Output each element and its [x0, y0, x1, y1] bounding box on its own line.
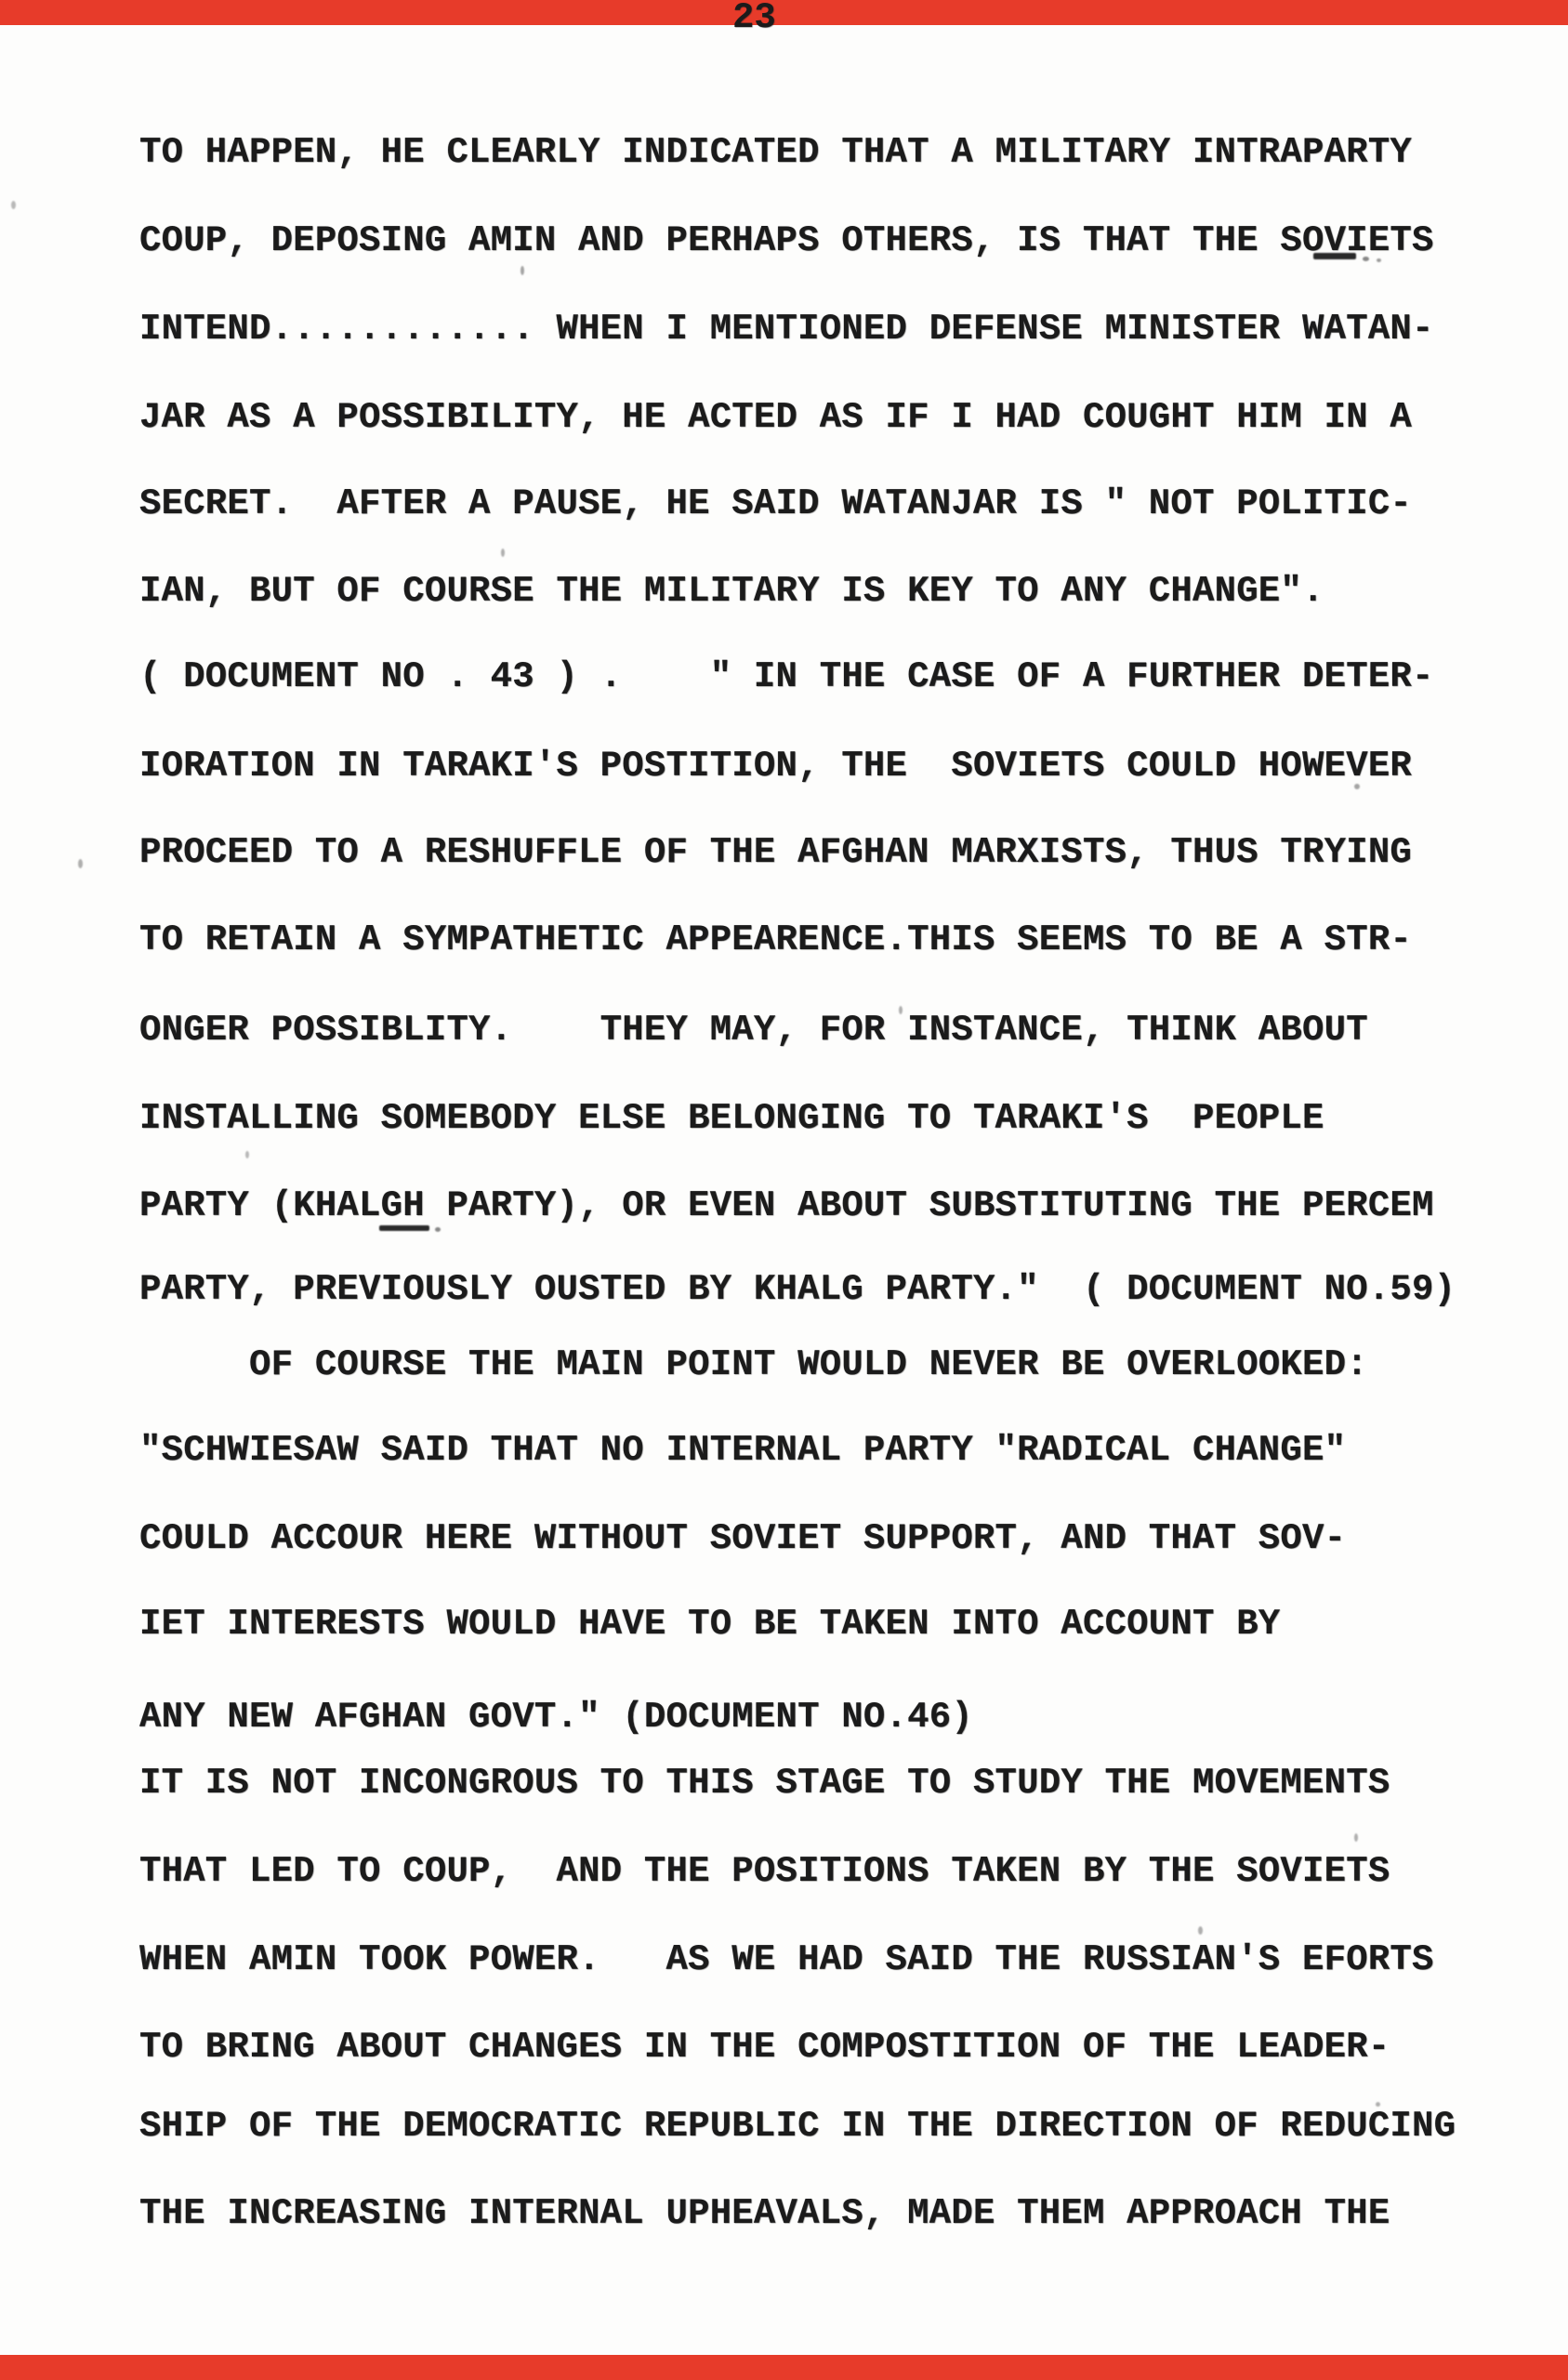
- ink-speck: [78, 859, 83, 868]
- text-line: ( DOCUMENT NO . 43 ) . " IN THE CASE OF …: [139, 659, 1434, 695]
- text-line: PROCEED TO A RESHUFFLE OF THE AFGHAN MAR…: [139, 835, 1412, 871]
- text-line: IET INTERESTS WOULD HAVE TO BE TAKEN INT…: [139, 1606, 1280, 1643]
- text-line: ONGER POSSIBLITY. THEY MAY, FOR INSTANCE…: [139, 1012, 1368, 1049]
- document-page: TO HAPPEN, HE CLEARLY INDICATED THAT A M…: [0, 0, 1568, 2380]
- ink-speck: [520, 266, 524, 275]
- text-line: TO HAPPEN, HE CLEARLY INDICATED THAT A M…: [139, 135, 1412, 171]
- text-line: INSTALLING SOMEBODY ELSE BELONGING TO TA…: [139, 1101, 1324, 1137]
- ink-speck: [1376, 2102, 1380, 2107]
- ink-speck: [245, 1151, 249, 1158]
- text-line: OF COURSE THE MAIN POINT WOULD NEVER BE …: [139, 1347, 1368, 1383]
- text-line: TO RETAIN A SYMPATHETIC APPEARENCE.THIS …: [139, 922, 1412, 959]
- text-line: PARTY, PREVIOUSLY OUSTED BY KHALG PARTY.…: [139, 1272, 1456, 1308]
- text-line: COULD ACCOUR HERE WITHOUT SOVIET SUPPORT…: [139, 1521, 1346, 1557]
- ink-speck: [1198, 1926, 1203, 1935]
- text-line: INTEND............ WHEN I MENTIONED DEFE…: [139, 311, 1434, 348]
- text-line: THAT LED TO COUP, AND THE POSITIONS TAKE…: [139, 1854, 1390, 1890]
- underline-mark-khalgh: [379, 1225, 429, 1231]
- text-line: ANY NEW AFGHAN GOVT." (DOCUMENT NO.46): [139, 1699, 973, 1736]
- text-line: PARTY (KHALGH PARTY), OR EVEN ABOUT SUBS…: [139, 1188, 1434, 1224]
- text-line: "SCHWIESAW SAID THAT NO INTERNAL PARTY "…: [139, 1433, 1346, 1469]
- underline-mark-soviets: [1313, 253, 1356, 259]
- page-number: 23: [732, 0, 776, 36]
- text-line: IT IS NOT INCONGROUS TO THIS STAGE TO ST…: [139, 1765, 1390, 1802]
- bottom-red-bar: [0, 2355, 1568, 2380]
- ink-speck: [1377, 258, 1381, 262]
- text-line: IORATION IN TARAKI'S POSTITION, THE SOVI…: [139, 748, 1412, 785]
- text-line: TO BRING ABOUT CHANGES IN THE COMPOSTITI…: [139, 2030, 1390, 2066]
- text-line: JAR AS A POSSIBILITY, HE ACTED AS IF I H…: [139, 400, 1412, 436]
- ink-speck: [899, 1006, 903, 1014]
- text-line: COUP, DEPOSING AMIN AND PERHAPS OTHERS, …: [139, 223, 1434, 259]
- text-line: IAN, BUT OF COURSE THE MILITARY IS KEY T…: [139, 574, 1324, 610]
- ink-speck: [435, 1227, 441, 1232]
- ink-speck: [1354, 1833, 1358, 1842]
- text-line: SHIP OF THE DEMOCRATIC REPUBLIC IN THE D…: [139, 2109, 1456, 2145]
- top-red-bar: [0, 0, 1568, 25]
- ink-speck: [11, 201, 16, 209]
- text-line: SECRET. AFTER A PAUSE, HE SAID WATANJAR …: [139, 486, 1412, 522]
- text-line: WHEN AMIN TOOK POWER. AS WE HAD SAID THE…: [139, 1942, 1434, 1978]
- text-line: THE INCREASING INTERNAL UPHEAVALS, MADE …: [139, 2196, 1390, 2232]
- ink-speck: [501, 549, 505, 557]
- ink-speck: [1354, 784, 1360, 789]
- ink-speck: [1363, 257, 1369, 261]
